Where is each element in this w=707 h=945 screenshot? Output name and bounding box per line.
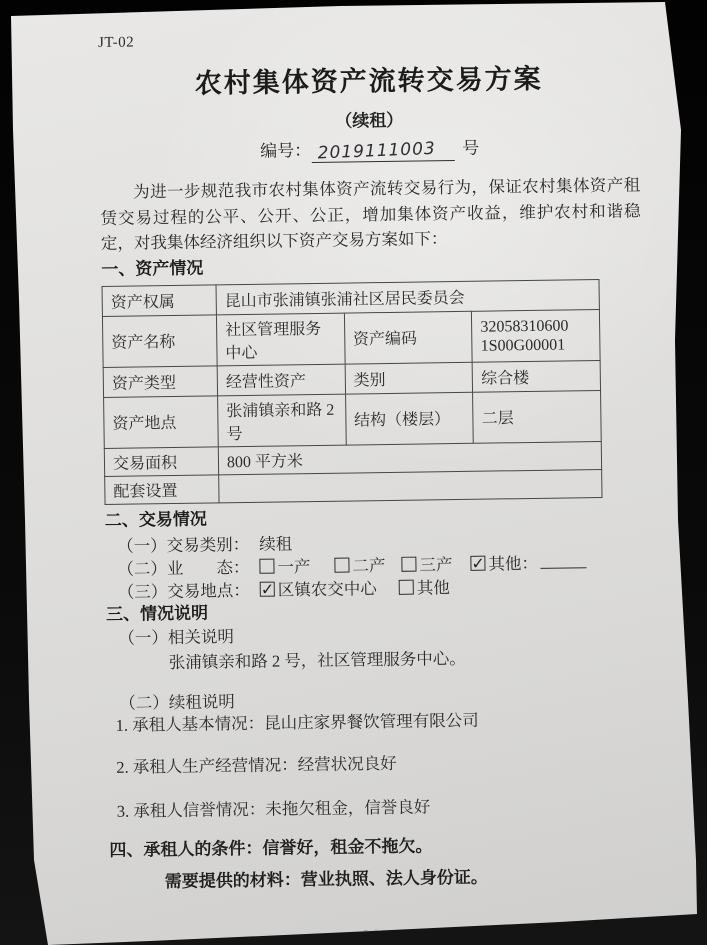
field-label: 资产名称 — [102, 314, 217, 367]
field-value: 张浦镇亲和路 2 号 — [218, 394, 346, 447]
related-note-heading: （一）相关说明 — [118, 620, 646, 649]
row-label: （一）交易类别： — [117, 532, 259, 557]
field-label: 交易面积 — [104, 446, 218, 476]
document-number-line: 编号：2019111003号 — [100, 134, 640, 166]
table-row-asset-location: 资产地点 张浦镇亲和路 2 号 结构（楼层） 二层 — [104, 390, 602, 448]
field-label: 资产权属 — [102, 284, 216, 316]
checkbox-icon — [260, 581, 275, 596]
field-label: 类别 — [345, 362, 473, 394]
option-label: 三产 — [419, 555, 452, 574]
field-label: 资产类型 — [103, 365, 217, 397]
number-handwritten-value: 2019111003 — [317, 137, 436, 166]
section-1-heading: 一、资产情况 — [101, 251, 641, 281]
field-value: 二层 — [473, 390, 601, 443]
checkbox-option-tertiary-industry: 三产 — [401, 555, 452, 575]
checkbox-icon — [259, 558, 274, 573]
option-label: 其他 — [417, 578, 450, 597]
form-code: JT-02 — [98, 26, 638, 52]
number-underline: 2019111003 — [311, 138, 454, 163]
section-2-heading: 二、交易情况 — [105, 502, 645, 532]
number-label: 编号： — [260, 141, 311, 161]
field-value — [219, 469, 602, 502]
field-label: 资产编码 — [344, 311, 472, 364]
table-row-asset-name: 资产名称 社区管理服务中心 资产编码 32058310600 1S00G0000… — [102, 309, 600, 367]
checkbox-icon — [470, 555, 485, 570]
checkbox-option-secondary-industry: 二产 — [334, 556, 385, 576]
document-paper: JT-02 农村集体资产流转交易方案 （续租） 编号：2019111003号 为… — [0, 0, 707, 945]
checkbox-option-primary-industry: 一产 — [259, 557, 310, 577]
transaction-type-value: 续租 — [259, 534, 292, 553]
lessee-operation-item: 2. 承租人生产经营情况：经营状况良好 — [116, 749, 648, 778]
checkbox-option-other-business: 其他： — [470, 553, 586, 574]
section-4-conditions-line: 四、承租人的条件：信誉好，租金不拖欠。 — [109, 831, 649, 863]
document-title: 农村集体资产流转交易方案 — [98, 58, 638, 104]
intro-paragraph: 为进一步规范我市农村集体资产流转交易行为，保证农村集体资产租赁交易过程的公平、公… — [100, 172, 641, 256]
blank-underline — [540, 554, 586, 569]
option-label: 区镇农交中心 — [278, 579, 377, 599]
field-label: 结构（楼层） — [345, 392, 473, 445]
related-note-text: 张浦镇亲和路 2 号，社区管理服务中心。 — [169, 645, 647, 674]
option-label: 其他： — [488, 553, 538, 573]
number-suffix: 号 — [462, 139, 479, 158]
field-label: 资产地点 — [104, 395, 219, 448]
table-row-supporting-facilities: 配套设置 — [105, 469, 602, 504]
checkbox-option-other-location: 其他 — [399, 578, 450, 598]
document-content: JT-02 农村集体资产流转交易方案 （续租） 编号：2019111003号 为… — [98, 26, 651, 945]
row-label: （二）业 态： — [117, 555, 259, 580]
lessee-credit-item: 3. 承租人信誉情况：未拖欠租金，信誉良好 — [117, 793, 649, 822]
option-label: 一产 — [277, 557, 310, 576]
checkbox-option-town-trading-center: 区镇农交中心 — [260, 579, 377, 600]
document-subtitle: （续租） — [99, 105, 639, 137]
checkbox-icon — [401, 556, 416, 571]
asset-table: 资产权属 昆山市张浦镇张浦社区居民委员会 资产名称 社区管理服务中心 资产编码 … — [102, 279, 603, 505]
field-value: 社区管理服务中心 — [216, 313, 344, 366]
field-value: 综合楼 — [472, 360, 600, 392]
option-label: 二产 — [352, 556, 385, 575]
checkbox-icon — [399, 579, 414, 594]
required-materials-line: 需要提供的材料：营业执照、法人身份证。 — [165, 863, 650, 894]
row-label: （三）交易地点： — [118, 578, 260, 603]
field-value: 经营性资产 — [217, 364, 345, 396]
field-value-asset-code: 32058310600 1S00G00001 — [472, 309, 600, 362]
field-label: 配套设置 — [105, 474, 219, 504]
checkbox-icon — [334, 557, 349, 572]
